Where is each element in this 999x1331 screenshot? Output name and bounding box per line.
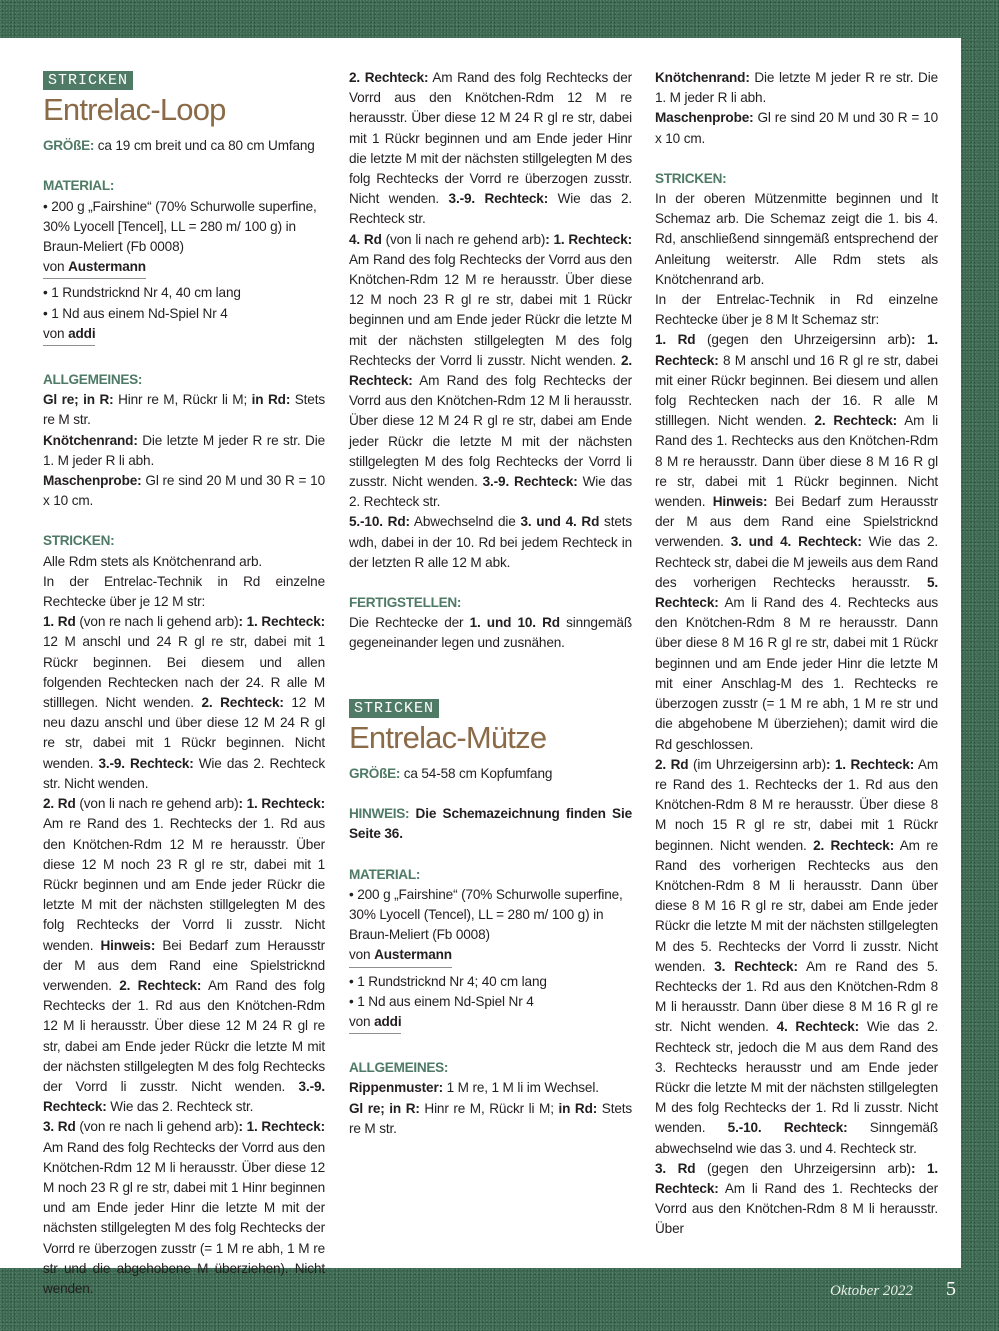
stitch-gl-re: Gl re; in R: Hinr re M, Rückr li M; in R… <box>349 1099 632 1139</box>
text-span: Hinr re M, Rückr li M; <box>420 1101 559 1116</box>
gauge: Maschenprobe: Gl re sind 20 M und 30 R =… <box>43 471 325 511</box>
text-span: 2. Rd <box>655 757 688 772</box>
text-span: Am Rand des folg Rechtecks der Vorrd aus… <box>43 1140 325 1296</box>
finishing-text: Die Rechtecke der 1. und 10. Rd sinngemä… <box>349 613 632 653</box>
text-span: (von li nach re gehend arb) <box>382 232 546 247</box>
text-span: 5.-10. Rd: <box>349 514 410 529</box>
magazine-page: STRICKEN Entrelac-Loop GRÖßE: ca 19 cm b… <box>0 38 961 1268</box>
text-span: Knötchenrand: <box>655 70 750 85</box>
text-span: (von re nach li gehend arb) <box>76 614 239 629</box>
yarn-source: von Austermann <box>349 945 452 967</box>
needle-2: • 1 Nd aus einem Nd-Spiel Nr 4 <box>43 304 325 324</box>
text-span: addi <box>68 326 95 341</box>
round-4: 4. Rd (von li nach re gehend arb): 1. Re… <box>349 230 632 513</box>
rounds-5-10: 5.-10. Rd: Abwechselnd die 3. und 4. Rd … <box>349 512 632 573</box>
text-span: : 1. Rechteck: <box>545 232 632 247</box>
text-span: 5.-10. Rechteck: <box>728 1120 848 1135</box>
text-span: Hinweis: <box>713 494 768 509</box>
text-span: Die Rechtecke der <box>349 615 470 630</box>
text-span: Gl re; in R: <box>349 1101 420 1116</box>
material-heading: MATERIAL: <box>43 176 325 196</box>
text-span: GRÖßE: <box>349 766 400 781</box>
round-3: 3. Rd (von re nach li gehend arb): 1. Re… <box>43 1117 325 1299</box>
finishing-heading: FERTIGSTELLEN: <box>349 593 632 613</box>
text-span: Am re Rand des 1. Rechtecks der 1. Rd au… <box>43 816 325 952</box>
text-span: 4. Rd <box>349 232 382 247</box>
size-info: GRÖßE: ca 19 cm breit und ca 80 cm Umfan… <box>43 136 325 156</box>
text-span: (von li nach re gehend arb) <box>76 796 239 811</box>
needle-source: von addi <box>349 1012 401 1034</box>
text-span: : 1. Rechteck: <box>826 757 914 772</box>
text-span: 3. und 4. Rd <box>520 514 599 529</box>
text-span: von <box>43 259 68 274</box>
text-span: Wie das 2. Rechteck str, jedoch die M au… <box>655 1019 938 1135</box>
material-yarn: • 200 g „Fairshine“ (70% Schurwolle supe… <box>349 885 632 946</box>
text-span: Knötchenrand: <box>43 433 138 448</box>
text-span: 1. und 10. Rd <box>470 615 560 630</box>
text-span: Am Rand des folg Rechtecks der 1. Rd aus… <box>43 978 325 1094</box>
text-span: 2. Rechteck: <box>201 695 283 710</box>
knit-intro-2: In der Entrelac-Technik in Rd einzelne R… <box>43 572 325 612</box>
general-heading: ALLGEMEINES: <box>349 1058 632 1078</box>
text-span: in Rd: <box>558 1101 597 1116</box>
text-span: Maschenprobe: <box>655 110 754 125</box>
section-badge: STRICKEN <box>43 71 133 90</box>
text-span: Austermann <box>68 259 146 274</box>
stitch-knoetchenrand: Knötchenrand: Die letzte M jeder R re st… <box>43 431 325 471</box>
text-span: Wie das 2. Rechteck str. <box>107 1099 254 1114</box>
text-span: ca 54-58 cm Kopfumfang <box>400 766 552 781</box>
knitting-heading: STRICKEN: <box>655 169 938 189</box>
text-span: Hinweis: <box>101 938 156 953</box>
column-2: 2. Rechteck: Am Rand des folg Rechtecks … <box>349 68 632 1139</box>
text-span: von <box>349 947 374 962</box>
text-span: ca 19 cm breit und ca 80 cm Umfang <box>94 138 315 153</box>
page-number: 5 <box>946 1278 956 1301</box>
stitch-knoetchenrand: Knötchenrand: Die letzte M jeder R re st… <box>655 68 938 108</box>
text-span: 2. Rechteck: <box>813 838 894 853</box>
text-span: Am Rand des folg Rechtecks der Vorrd aus… <box>349 70 632 206</box>
round-3: 3. Rd (gegen den Uhrzeigersinn arb): 1. … <box>655 1159 938 1240</box>
rib-pattern: Rippenmuster: 1 M re, 1 M li im Wechsel. <box>349 1078 632 1098</box>
text-span: 1 M re, 1 M li im Wechsel. <box>443 1080 599 1095</box>
text-span: 2. Rechteck: <box>119 978 201 993</box>
pattern-title-loop: Entrelac-Loop <box>43 92 325 128</box>
text-span: 4. Rechteck: <box>777 1019 859 1034</box>
text-span: GRÖßE: <box>43 138 94 153</box>
gauge: Maschenprobe: Gl re sind 20 M und 30 R =… <box>655 108 938 148</box>
text-span: (im Uhrzeigersinn arb) <box>688 757 826 772</box>
hint-info: HINWEIS: Die Schemazeichnung finden Sie … <box>349 804 632 844</box>
text-span: : 1. Rechteck: <box>238 614 325 629</box>
issue-date: Oktober 2022 <box>830 1283 913 1300</box>
text-span: : 1. Rechteck: <box>238 1119 325 1134</box>
section-badge: STRICKEN <box>349 699 439 718</box>
text-span: addi <box>374 1014 401 1029</box>
text-span: : 1. Rechteck: <box>238 796 325 811</box>
needle-1: • 1 Rundstricknd Nr 4, 40 cm lang <box>43 283 325 303</box>
text-span: 2. Rechteck: <box>814 413 897 428</box>
knit-intro-1: Alle Rdm stets als Knötchenrand arb. <box>43 552 325 572</box>
text-span: 3.-9. Rechteck: <box>483 474 578 489</box>
text-span: 3. Rechteck: <box>714 959 798 974</box>
text-span: Am li Rand des 4. Rechtecks aus den Knöt… <box>655 595 938 751</box>
text-span: 2. Rechteck: <box>349 70 428 85</box>
pattern-title-hat: Entrelac-Mütze <box>349 720 632 756</box>
column-1: STRICKEN Entrelac-Loop GRÖßE: ca 19 cm b… <box>43 70 325 1299</box>
size-info: GRÖßE: ca 54-58 cm Kopfumfang <box>349 764 632 784</box>
text-span: Rippenmuster: <box>349 1080 443 1095</box>
text-span: Am Rand des folg Rechtecks der Vorrd aus… <box>349 252 632 368</box>
text-span: (von re nach li gehend arb) <box>76 1119 239 1134</box>
text-span: 3.-9. Rechteck: <box>449 191 549 206</box>
text-span: (gegen den Uhrzeigersinn arb) <box>695 1161 911 1176</box>
needle-1: • 1 Rundstricknd Nr 4; 40 cm lang <box>349 972 632 992</box>
text-span: von <box>349 1014 374 1029</box>
text-span: 1. Rd <box>655 332 695 347</box>
knit-intro-2: In der Entrelac-Technik in Rd einzelne R… <box>655 290 938 330</box>
text-span: Austermann <box>374 947 452 962</box>
text-span: Hinr re M, Rückr li M; <box>114 392 252 407</box>
yarn-source: von Austermann <box>43 257 146 279</box>
column-3: Knötchenrand: Die letzte M jeder R re st… <box>655 68 938 1240</box>
text-span: Am re Rand des vorherigen Rechtecks aus … <box>655 838 938 974</box>
round-1: 1. Rd (gegen den Uhrzeigersinn arb): 1. … <box>655 330 938 754</box>
text-span: 3. und 4. Rechteck: <box>731 534 862 549</box>
knit-intro-1: In der oberen Mützenmitte beginnen und l… <box>655 189 938 290</box>
knitting-heading: STRICKEN: <box>43 531 325 551</box>
text-span: 2. Rd <box>43 796 76 811</box>
text-span: Maschenprobe: <box>43 473 142 488</box>
material-yarn: • 200 g „Fairshine“ (70% Schurwolle supe… <box>43 197 325 258</box>
text-span: 3. Rd <box>43 1119 76 1134</box>
material-heading: MATERIAL: <box>349 865 632 885</box>
text-span: in Rd: <box>252 392 291 407</box>
round-2: 2. Rd (im Uhrzeigersinn arb): 1. Rechtec… <box>655 755 938 1159</box>
text-span: HINWEIS: <box>349 806 409 821</box>
text-span: 3. Rd <box>655 1161 695 1176</box>
text-span: Am Rand des folg Rechtecks der Vorrd aus… <box>349 373 632 489</box>
needle-2: • 1 Nd aus einem Nd-Spiel Nr 4 <box>349 992 632 1012</box>
stitch-gl-re: Gl re; in R: Hinr re M, Rückr li M; in R… <box>43 390 325 430</box>
needle-source: von addi <box>43 324 95 346</box>
round-2: 2. Rd (von li nach re gehend arb): 1. Re… <box>43 794 325 1117</box>
text-span: von <box>43 326 68 341</box>
text-span: Gl re; in R: <box>43 392 114 407</box>
text-span: Abwechselnd die <box>410 514 521 529</box>
text-span: (gegen den Uhrzeigersinn arb) <box>695 332 911 347</box>
text-span: 1. Rd <box>43 614 76 629</box>
round-1: 1. Rd (von re nach li gehend arb): 1. Re… <box>43 612 325 794</box>
round-3-continued: 2. Rechteck: Am Rand des folg Rechtecks … <box>349 68 632 230</box>
text-span: 3.-9. Rechteck: <box>98 756 193 771</box>
general-heading: ALLGEMEINES: <box>43 370 325 390</box>
